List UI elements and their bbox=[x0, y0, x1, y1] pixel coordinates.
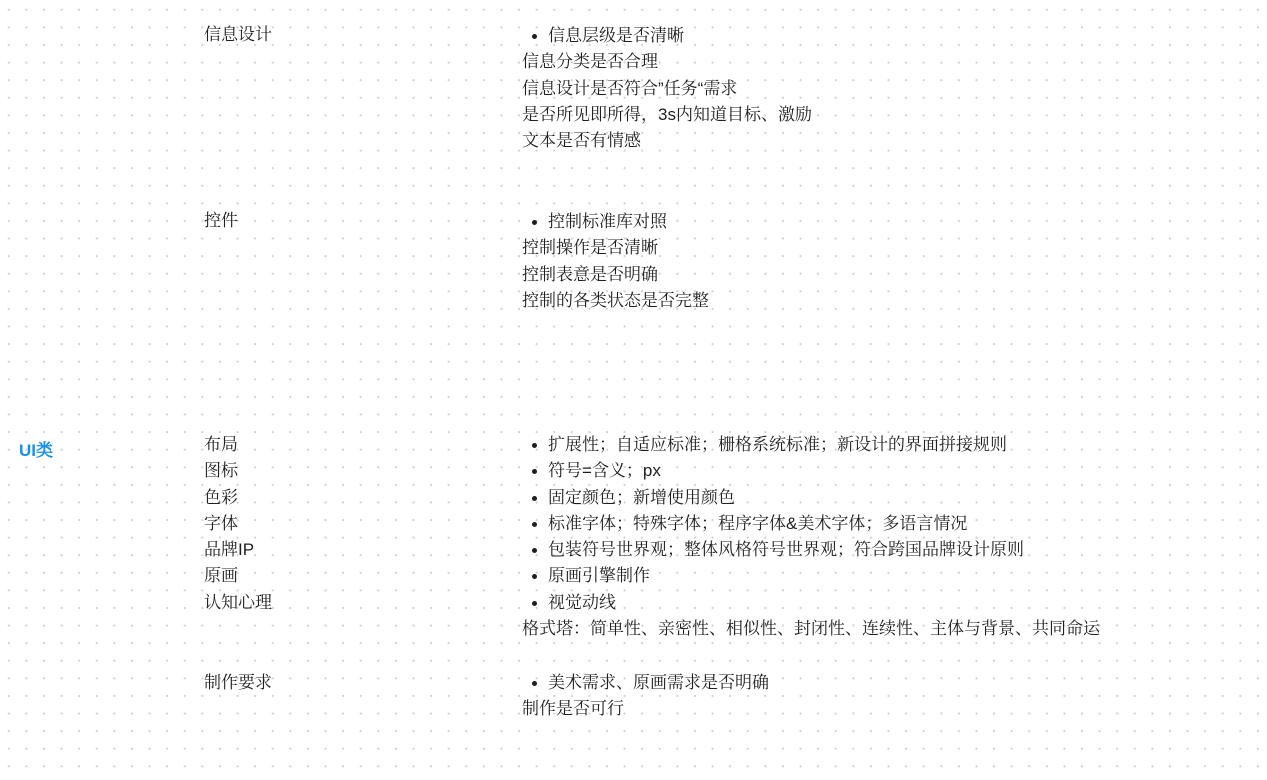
text-line: 控制操作是否清晰 bbox=[522, 235, 709, 261]
bullet-item: 固定颜色；新增使用颜色 bbox=[522, 485, 1100, 511]
text-line: 信息设计是否符合”任务“需求 bbox=[522, 76, 812, 102]
section-labels-ui: 布局 图标 色彩 字体 品牌IP 原画 认知心理 bbox=[204, 432, 272, 616]
bullet-item: 美术需求、原画需求是否明确 bbox=[522, 670, 769, 696]
section-label-layout: 布局 bbox=[204, 432, 272, 458]
section-label-font: 字体 bbox=[204, 511, 272, 537]
text-line: 控制表意是否明确 bbox=[522, 262, 709, 288]
section-label-info-design: 信息设计 bbox=[204, 22, 272, 48]
section-content-production-requirements: 美术需求、原画需求是否明确 制作是否可行 bbox=[522, 670, 769, 723]
text-line: 控制的各类状态是否完整 bbox=[522, 288, 709, 314]
section-label-cognitive-psychology: 认知心理 bbox=[204, 590, 272, 616]
section-label-controls: 控件 bbox=[204, 208, 238, 234]
section-label-brand-ip: 品牌IP bbox=[204, 537, 272, 563]
section-label-production-requirements: 制作要求 bbox=[204, 670, 272, 696]
section-label-color: 色彩 bbox=[204, 485, 272, 511]
bullet-item: 扩展性；自适应标准；栅格系统标准；新设计的界面拼接规则 bbox=[522, 432, 1100, 458]
text-line: 是否所见即所得，3s内知道目标、激励 bbox=[522, 102, 812, 128]
bullet-item: 标准字体；特殊字体；程序字体&美术字体；多语言情况 bbox=[522, 511, 1100, 537]
section-content-controls: 控制标准库对照 控制操作是否清晰 控制表意是否明确 控制的各类状态是否完整 bbox=[522, 209, 709, 314]
text-line: 信息分类是否合理 bbox=[522, 49, 812, 75]
section-content-info-design: 信息层级是否清晰 信息分类是否合理 信息设计是否符合”任务“需求 是否所见即所得… bbox=[522, 23, 812, 154]
category-label-ui: UI类 bbox=[19, 436, 53, 461]
text-line: 文本是否有情感 bbox=[522, 128, 812, 154]
bullet-item: 符号=含义；px bbox=[522, 458, 1100, 484]
bullet-item: 原画引擎制作 bbox=[522, 563, 1100, 589]
bullet-item: 信息层级是否清晰 bbox=[522, 23, 812, 49]
text-line: 格式塔：简单性、亲密性、相似性、封闭性、连续性、主体与背景、共同命运 bbox=[522, 616, 1100, 642]
text-line: 制作是否可行 bbox=[522, 696, 769, 722]
bullet-item: 视觉动线 bbox=[522, 590, 1100, 616]
section-label-icon: 图标 bbox=[204, 458, 272, 484]
section-content-ui: 扩展性；自适应标准；栅格系统标准；新设计的界面拼接规则 符号=含义；px 固定颜… bbox=[522, 432, 1100, 642]
bullet-item: 包装符号世界观；整体风格符号世界观；符合跨国品牌设计原则 bbox=[522, 537, 1100, 563]
bullet-item: 控制标准库对照 bbox=[522, 209, 709, 235]
section-label-artwork: 原画 bbox=[204, 563, 272, 589]
